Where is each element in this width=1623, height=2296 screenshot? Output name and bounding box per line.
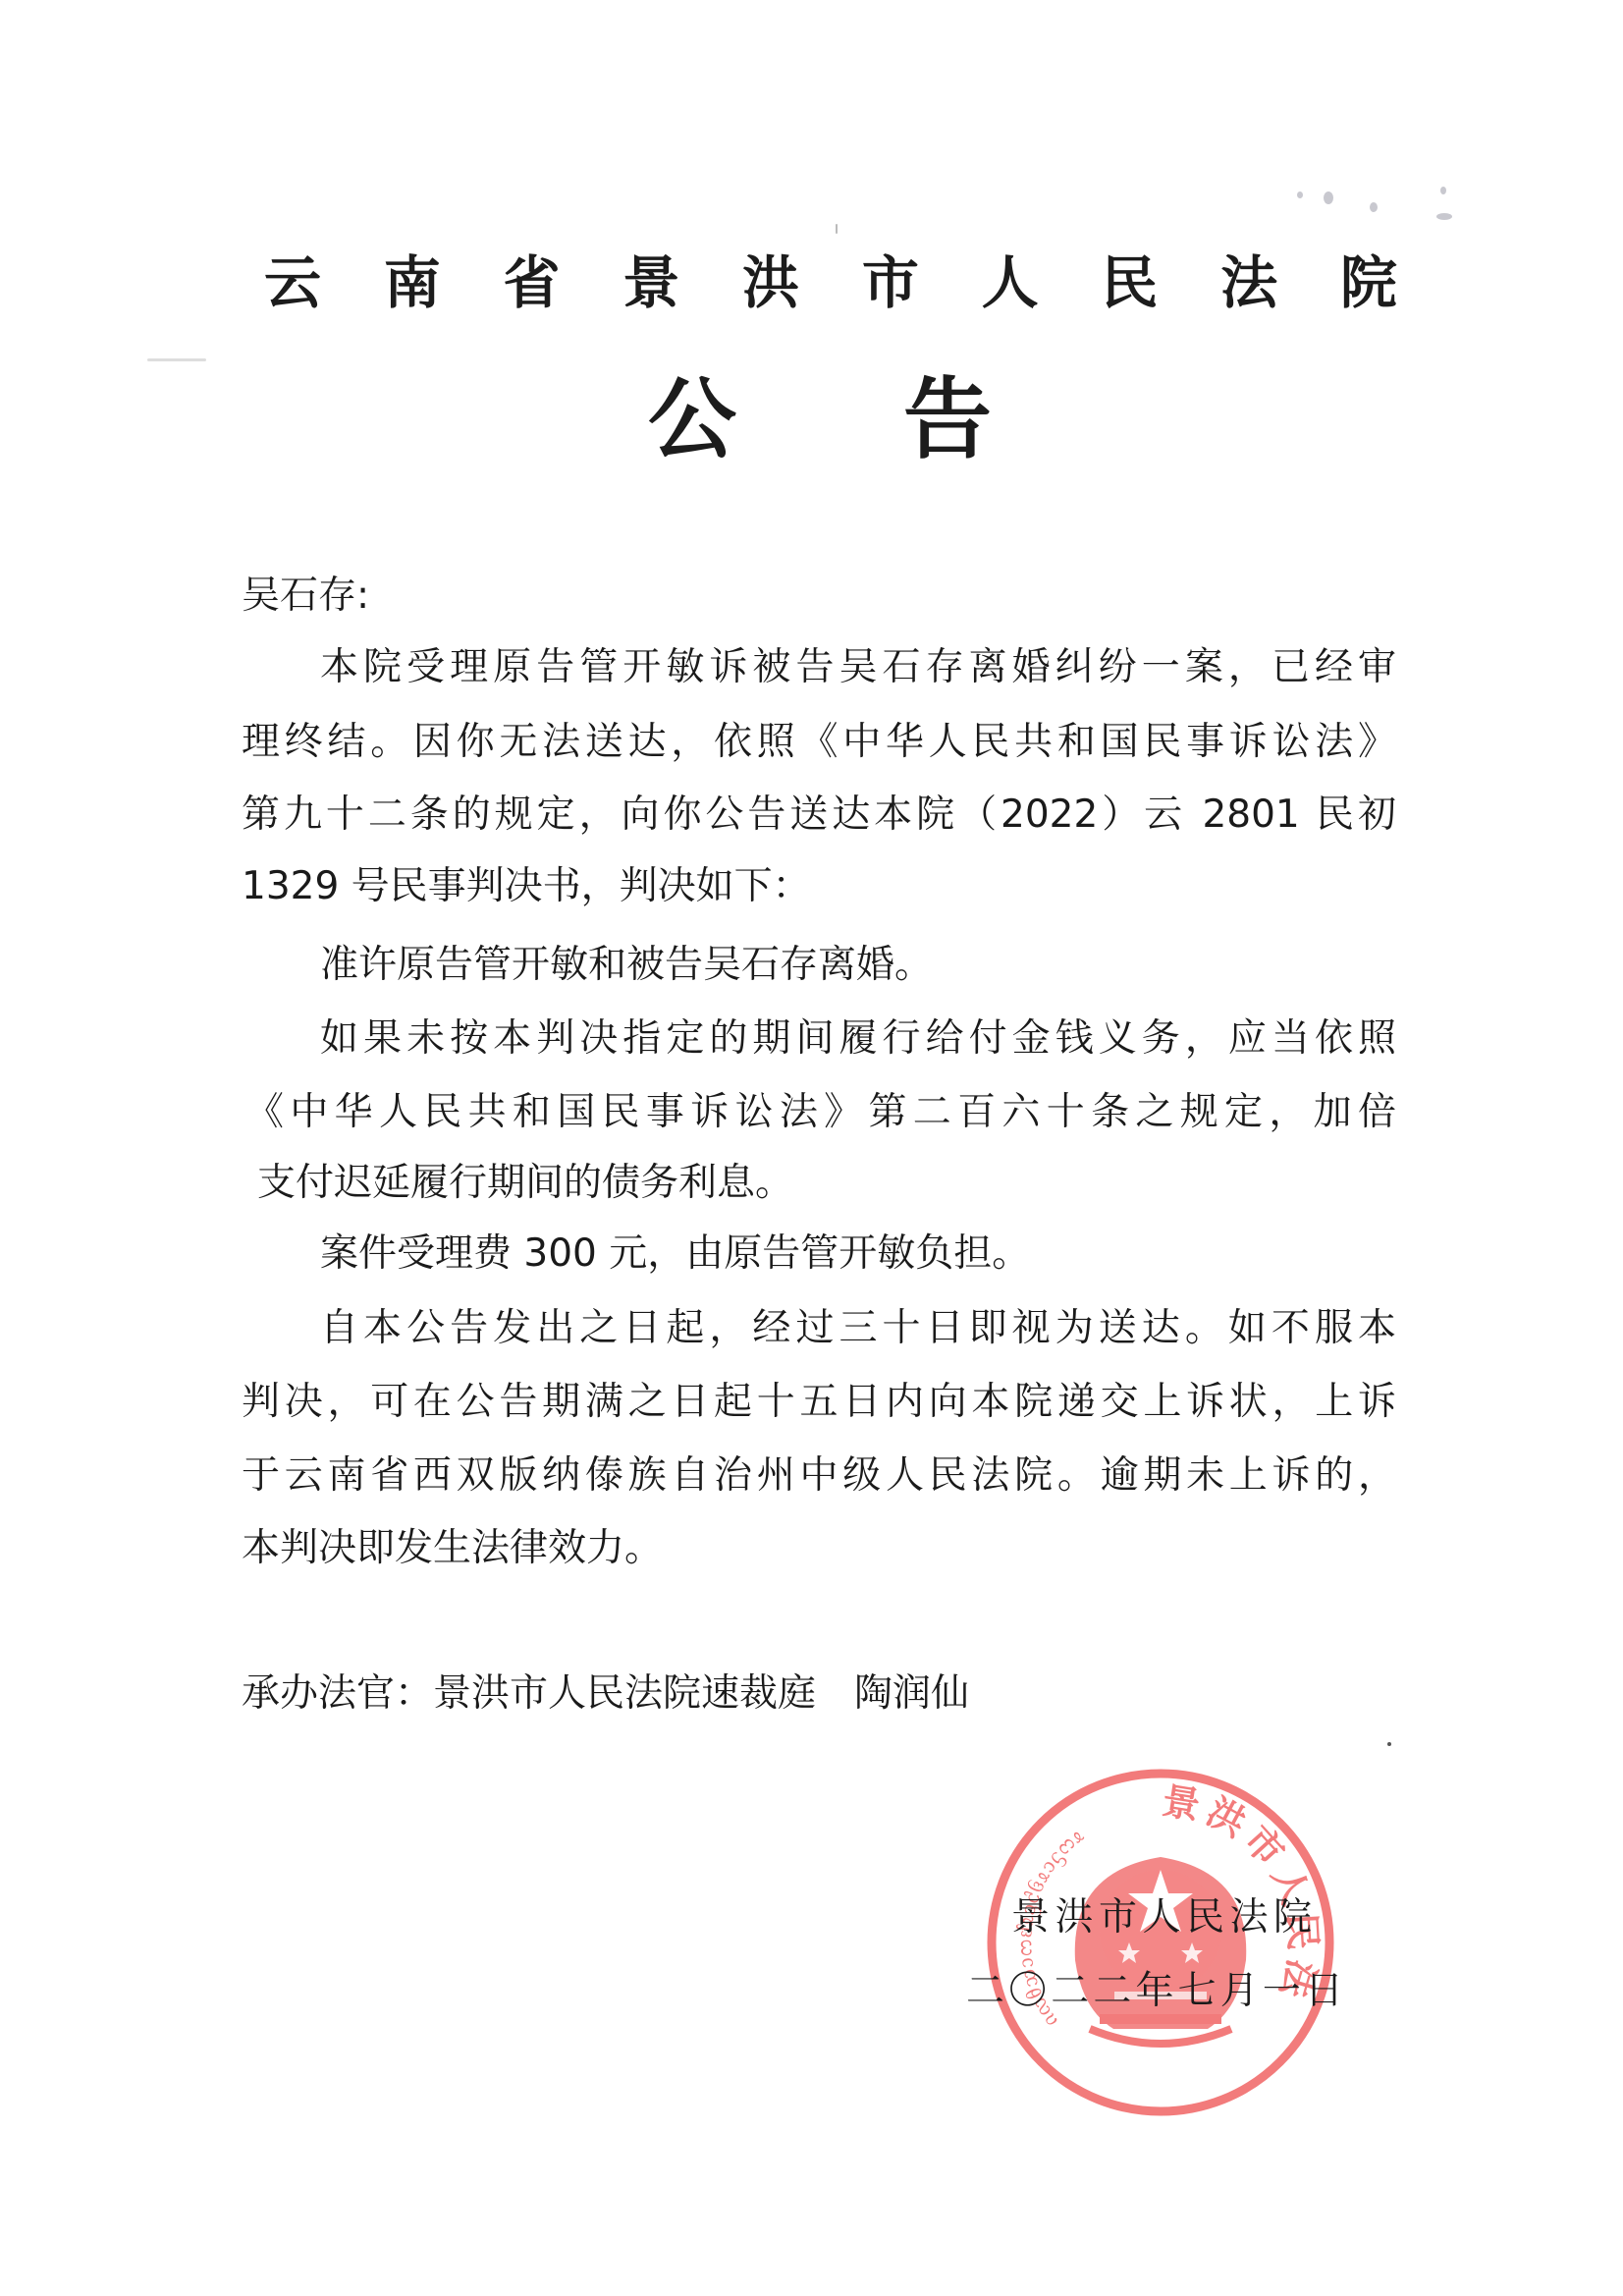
- addressee: 吴石存:: [242, 572, 1396, 621]
- title-char: 景: [622, 246, 680, 320]
- heading-char: 公: [638, 365, 746, 473]
- scan-speck: [836, 224, 838, 234]
- scan-speck: [1297, 191, 1303, 198]
- paragraph-line: 理终结。因你无法送达，依照《中华人民共和国民事诉讼法》: [242, 718, 1396, 767]
- title-char: 云: [263, 246, 322, 320]
- heading-char: 告: [893, 365, 1001, 473]
- scan-speck: [147, 358, 206, 361]
- scan-speck: [1387, 1742, 1391, 1746]
- paragraph-line: 第九十二条的规定，向你公告送达本院（2022）云 2801 民初: [242, 791, 1396, 840]
- title-char: 市: [861, 246, 920, 320]
- signing-date: 二〇二二年七月一日: [966, 1967, 1343, 2016]
- scan-speck: [1436, 213, 1452, 220]
- paragraph-line: 《中华人民共和国民事诉讼法》第二百六十条之规定，加倍: [245, 1088, 1396, 1137]
- signing-court: 景洪市人民法院: [1011, 1893, 1312, 1942]
- title-char: 院: [1339, 246, 1398, 320]
- paragraph-line: 判决，可在公告期满之日起十五日内向本院递交上诉状，上诉: [242, 1378, 1396, 1427]
- title-char: 省: [503, 246, 562, 320]
- court-fee-line: 案件受理费 300 元，由原告管开敏负担。: [242, 1230, 1396, 1279]
- document-type-heading: 公 告: [638, 365, 1001, 473]
- paragraph-line: 如果未按本判决指定的期间履行给付金钱义务，应当依照: [242, 1014, 1396, 1064]
- paragraph-line: 本院受理原告管开敏诉被告吴石存离婚纠纷一案，已经审: [242, 643, 1396, 692]
- title-char: 洪: [741, 246, 800, 320]
- scan-speck: [1440, 187, 1446, 194]
- paragraph-line: 于云南省西双版纳傣族自治州中级人民法院。逾期未上诉的，: [242, 1451, 1396, 1501]
- paragraph-line: 1329 号民事判决书，判决如下：: [242, 862, 1396, 911]
- paragraph-line: 自本公告发出之日起，经过三十日即视为送达。如不服本: [242, 1304, 1396, 1353]
- presiding-judge-line: 承办法官：景洪市人民法院速裁庭 陶润仙: [242, 1669, 1396, 1719]
- court-seal: 景洪市人民法院 ᦵᦟᦲᦉᦱᦂᦊᦸᦃᦺᦑᦸᦱᦓᦂᦸ: [982, 1764, 1339, 2121]
- document-page: 云 南 省 景 洪 市 人 民 法 院 公 告 吴石存: 本院受理原告管开敏诉被…: [0, 0, 1623, 2296]
- scan-speck: [1370, 202, 1378, 212]
- title-char: 南: [383, 246, 442, 320]
- judgment-line: 准许原告管开敏和被告吴石存离婚。: [242, 941, 1396, 990]
- paragraph-line: 支付迟延履行期间的债务利息。: [257, 1159, 1412, 1208]
- title-char: 人: [981, 246, 1040, 320]
- title-char: 民: [1100, 246, 1159, 320]
- court-name-title: 云 南 省 景 洪 市 人 民 法 院: [263, 246, 1398, 320]
- scan-speck: [1324, 191, 1333, 204]
- title-char: 法: [1219, 246, 1278, 320]
- paragraph-line: 本判决即发生法律效力。: [242, 1524, 1396, 1573]
